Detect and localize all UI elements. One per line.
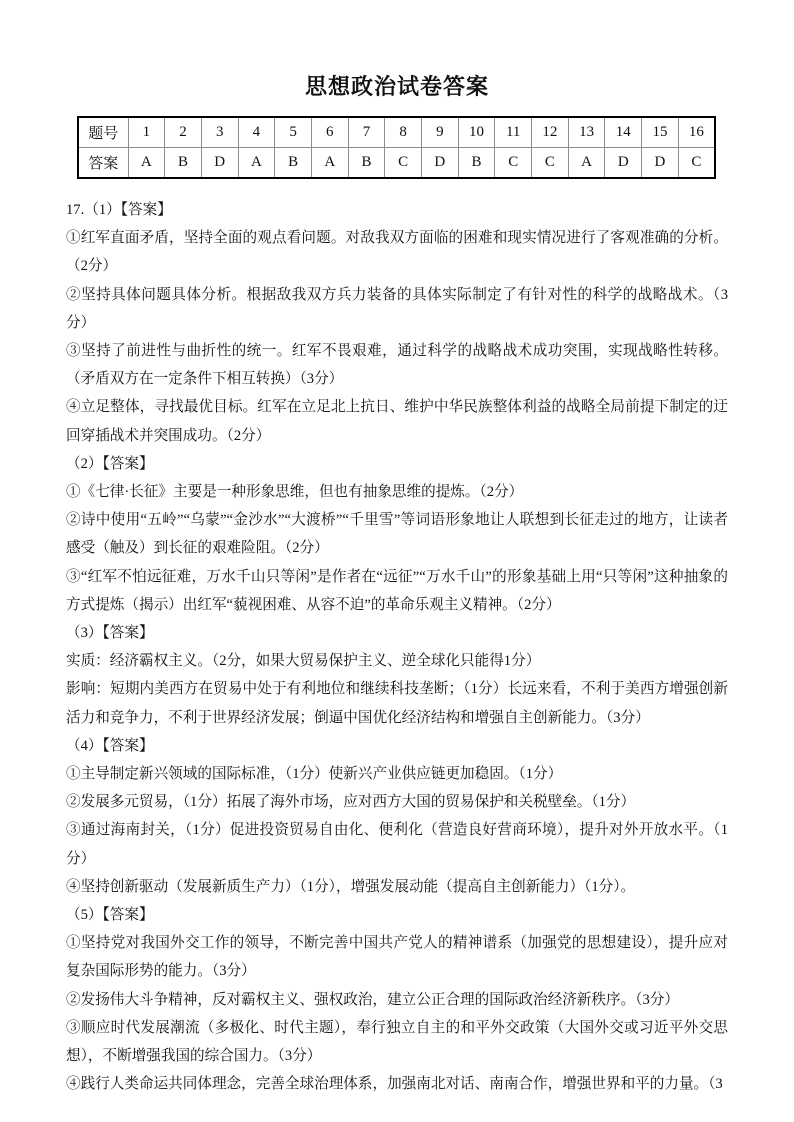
question-number-cell: 16 [678,117,715,148]
answer-cell: C [385,148,422,179]
answer-label: 答案 [78,148,128,179]
answer-cell: A [311,148,348,179]
answer-paragraph: ②发展多元贸易，（1分）拓展了海外市场，应对西方大国的贸易保护和关税壁垒。（1分… [66,788,728,816]
answer-paragraph: ②发扬伟大斗争精神，反对霸权主义、强权政治，建立公正合理的国际政治经济新秩序。（… [66,986,728,1014]
answer-cell: A [128,148,165,179]
answer-cell: B [348,148,385,179]
question-number-label: 题号 [78,117,128,148]
exam-answer-page: 思想政治试卷答案 题号 1 2 3 4 5 6 [0,0,794,1122]
question-number-cell: 13 [568,117,605,148]
answer-paragraph: ③顺应时代发展潮流（多极化、时代主题），奉行独立自主的和平外交政策（大国外交或习… [66,1014,728,1070]
answer-cell: C [532,148,569,179]
question-number-cell: 3 [201,117,238,148]
answer-cell: D [422,148,459,179]
answer-paragraph: （4）【答案】 [66,732,728,760]
question-number-cell: 14 [605,117,642,148]
answer-paragraph: ①主导制定新兴领域的国际标准，（1分）使新兴产业供应链更加稳固。（1分） [66,760,728,788]
answer-paragraph: ①坚持党对我国外交工作的领导，不断完善中国共产党人的精神谱系（加强党的思想建设）… [66,929,728,985]
answer-paragraph: ③通过海南封关，（1分）促进投资贸易自由化、便利化（营造良好营商环境），提升对外… [66,816,728,872]
answer-cell: B [165,148,202,179]
question-number-cell: 4 [238,117,275,148]
answer-paragraph: ②坚持具体问题具体分析。根据敌我双方兵力装备的具体实际制定了有针对性的科学的战略… [66,281,728,337]
answer-cell: C [495,148,532,179]
answer-paragraph: （2）【答案】 [66,450,728,478]
answer-cell: A [238,148,275,179]
answer-paragraph: ③“红军不怕远征难，万水千山只等闲”是作者在“远征”“万水千山”的形象基础上用“… [66,563,728,619]
answer-paragraph: （3）【答案】 [66,619,728,647]
answer-cell: A [568,148,605,179]
question-number-cell: 8 [385,117,422,148]
answer-paragraph: ②诗中使用“五岭”“乌蒙”“金沙水”“大渡桥”“千里雪”等词语形象地让人联想到长… [66,506,728,562]
answer-cell: D [605,148,642,179]
page-title: 思想政治试卷答案 [66,74,728,100]
answer-key-table: 题号 1 2 3 4 5 6 7 8 9 [77,116,716,179]
question-number-cell: 9 [422,117,459,148]
question-number-cell: 7 [348,117,385,148]
answer-cell: D [642,148,679,179]
answer-paragraph: ④坚持创新驱动（发展新质生产力）（1分），增强发展动能（提高自主创新能力）（1分… [66,873,728,901]
answer-paragraph: ④践行人类命运共同体理念，完善全球治理体系，加强南北对话、南南合作，增强世界和平… [66,1070,728,1098]
answer-paragraph: ①《七律·长征》主要是一种形象思维，但也有抽象思维的提炼。（2分） [66,478,728,506]
question-number-cell: 10 [458,117,495,148]
answer-paragraph: 影响：短期内美西方在贸易中处于有利地位和继续科技垄断；（1分）长远来看，不利于美… [66,675,728,731]
question-number-cell: 12 [532,117,569,148]
answer-paragraph: ①红军直面矛盾，坚持全面的观点看问题。对敌我双方面临的困难和现实情况进行了客观准… [66,224,728,280]
answer-paragraph: （5）【答案】 [66,901,728,929]
answer-paragraph: ③坚持了前进性与曲折性的统一。红军不畏艰难，通过科学的战略战术成功突围，实现战略… [66,337,728,393]
answer-paragraph: ④立足整体，寻找最优目标。红军在立足北上抗日、维护中华民族整体利益的战略全局前提… [66,393,728,449]
answer-paragraph: 17.（1）【答案】 [66,196,728,224]
question-number-cell: 2 [165,117,202,148]
answer-cell: D [201,148,238,179]
question-number-row: 题号 1 2 3 4 5 6 7 8 9 [78,117,715,148]
question-number-cell: 6 [311,117,348,148]
question-number-cell: 11 [495,117,532,148]
question-number-cell: 1 [128,117,165,148]
answer-cell: C [678,148,715,179]
answer-explanations: 17.（1）【答案】 ①红军直面矛盾，坚持全面的观点看问题。对敌我双方面临的困难… [66,196,728,1099]
answer-cell: B [275,148,312,179]
question-number-cell: 5 [275,117,312,148]
answer-cell: B [458,148,495,179]
answer-paragraph: 实质：经济霸权主义。（2分，如果大贸易保护主义、逆全球化只能得1分） [66,647,728,675]
question-number-cell: 15 [642,117,679,148]
answer-row: 答案 A B D A B A B C D [78,148,715,179]
